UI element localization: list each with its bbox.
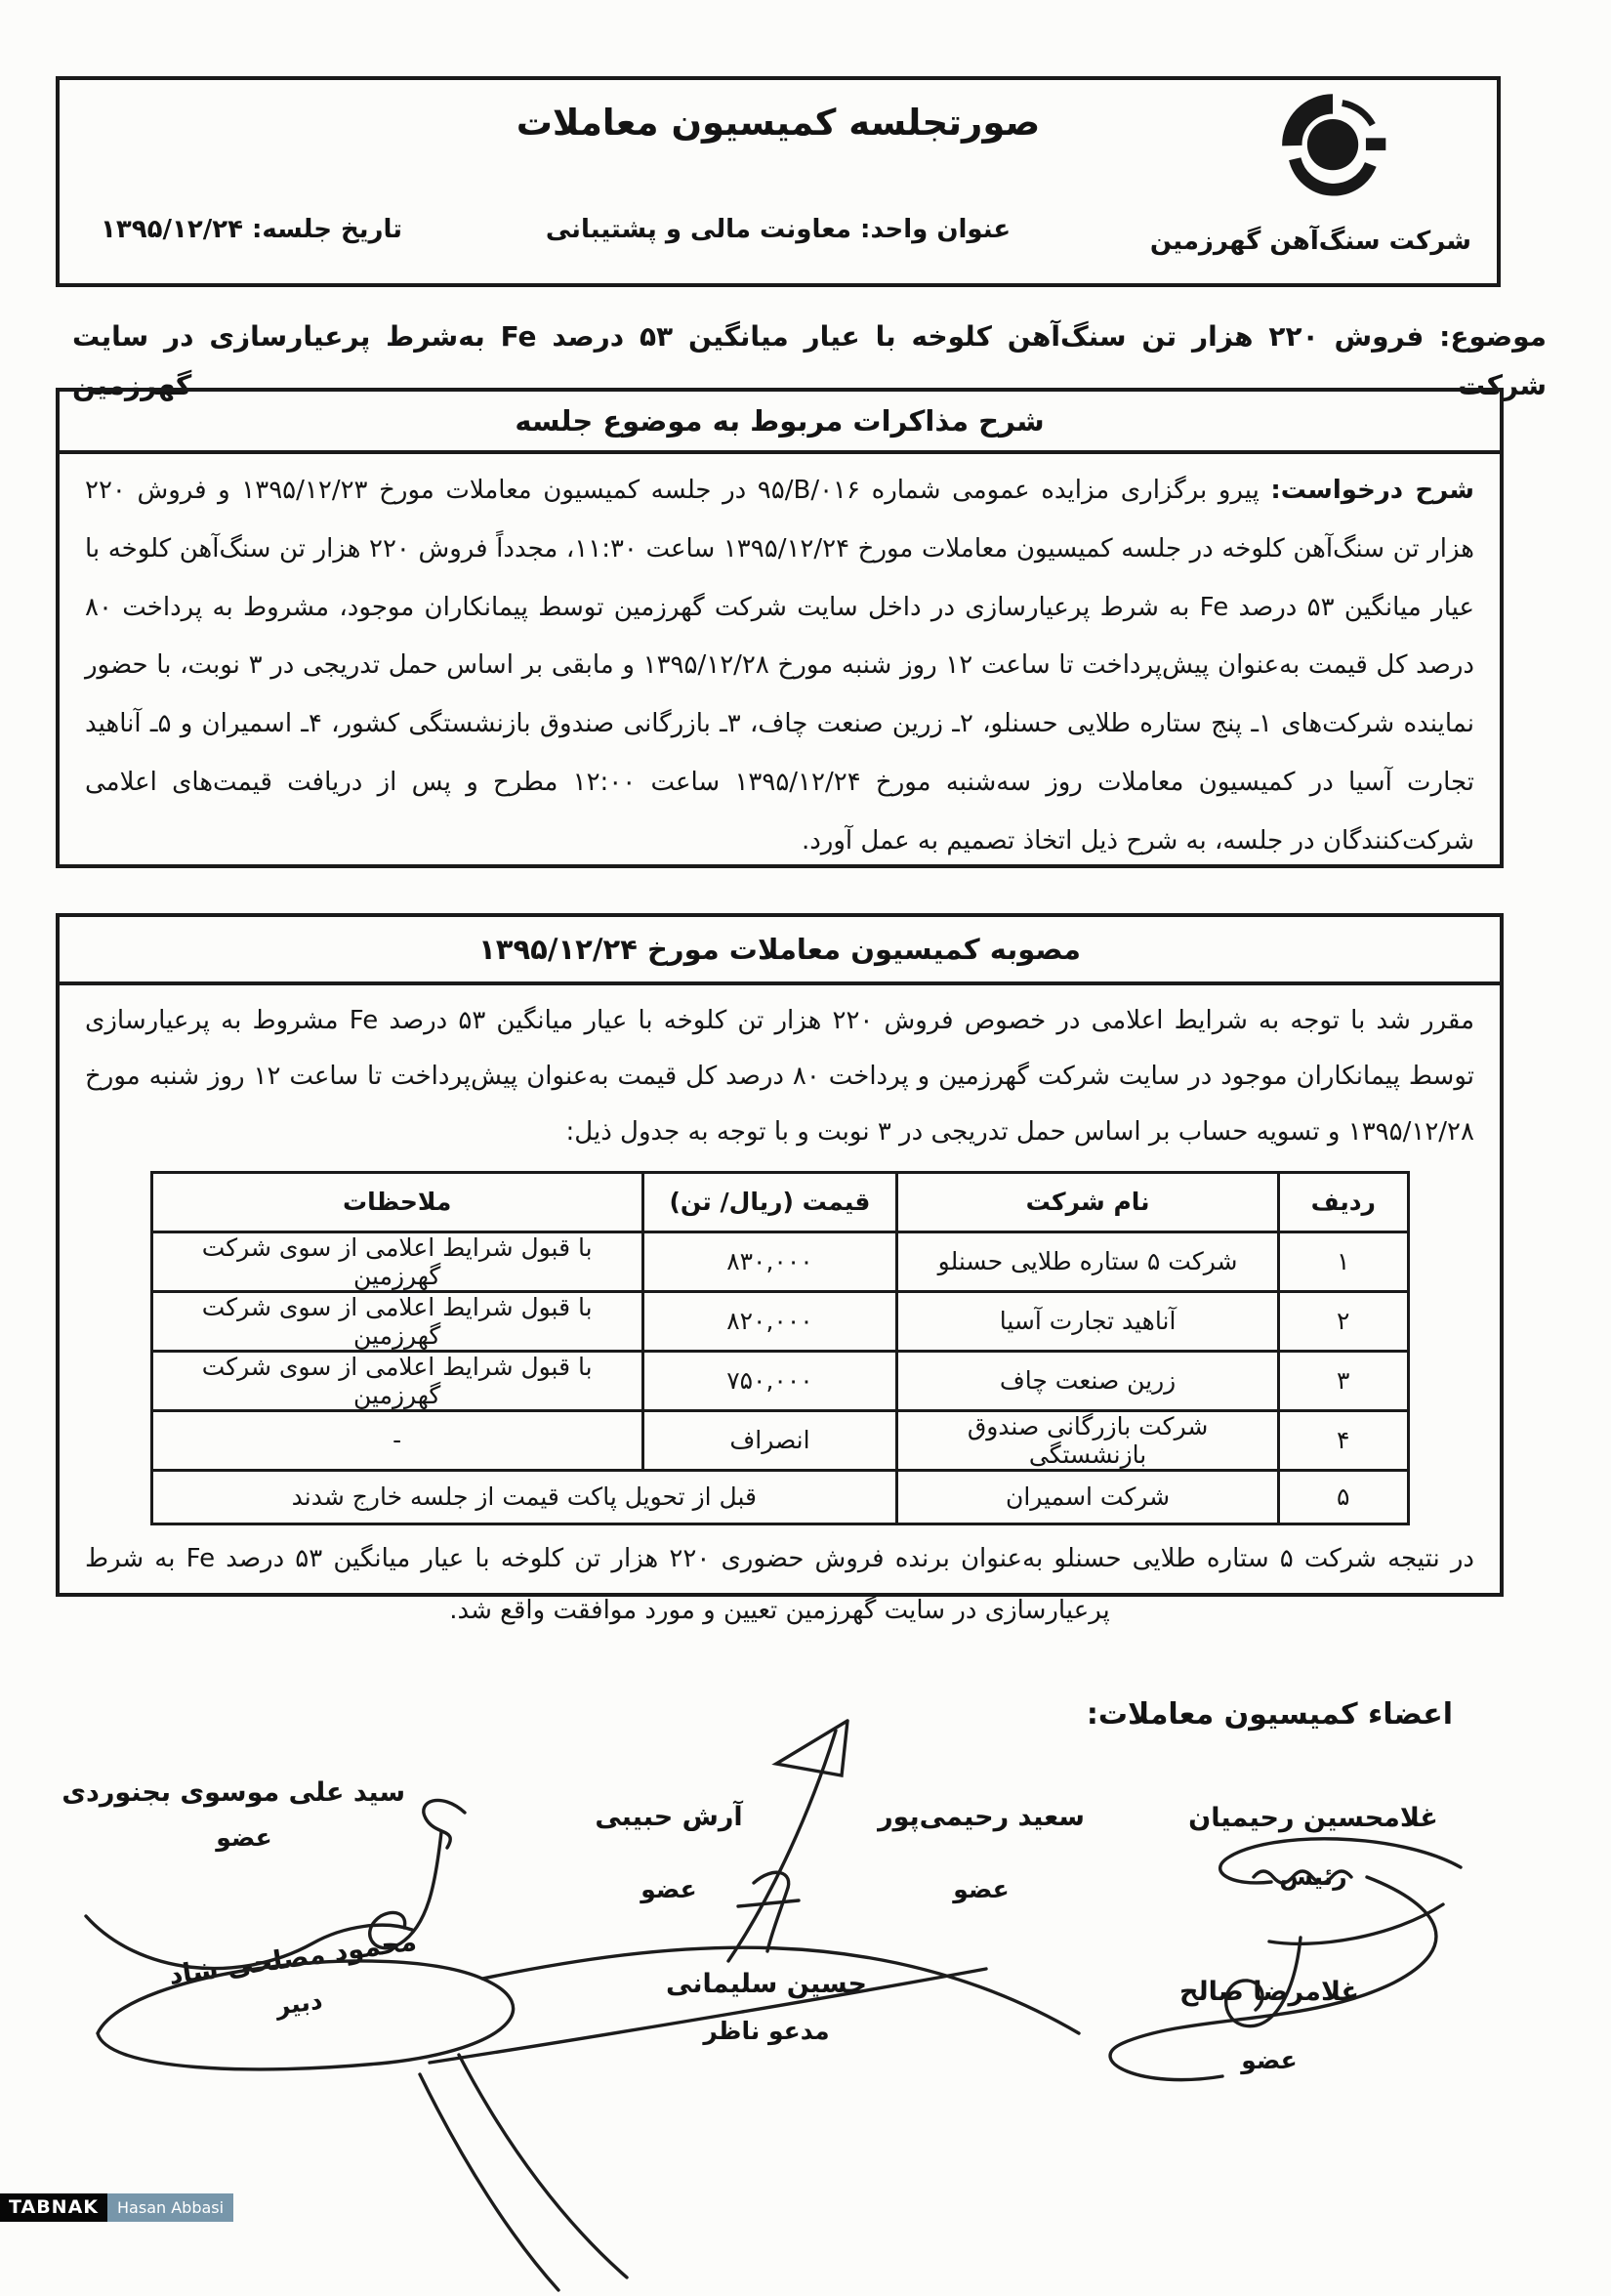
resolution-section: مصوبه کمیسیون معاملات مورخ ۱۳۹۵/۱۲/۲۴ مق… xyxy=(56,913,1504,1597)
signatory-role: عضو xyxy=(859,1875,1103,1903)
cell-company: شرکت بازرگانی صندوق بازنشستگی xyxy=(897,1410,1279,1470)
signatory-role: مدعو ناظر xyxy=(644,2017,888,2045)
resolution-intro: مقرر شد با توجه به شرایط اعلامی در خصوص … xyxy=(60,985,1500,1161)
cell-row-no: ۳ xyxy=(1279,1351,1408,1410)
signatory-role: عضو xyxy=(561,1875,776,1903)
table-row: ۱ شرکت ۵ ستاره طلایی حسنلو ۸۳۰,۰۰۰ با قب… xyxy=(151,1231,1408,1291)
cell-company: شرکت اسمیران xyxy=(897,1470,1279,1524)
signatory-rahimian: غلامحسین رحیمیان رئیس xyxy=(1157,1803,1469,1891)
request-label: شرح درخواست: xyxy=(1270,476,1474,505)
signatory-role: رئیس xyxy=(1157,1862,1469,1891)
cell-row-no: ۱ xyxy=(1279,1231,1408,1291)
table-row: ۵ شرکت اسمیران قبل از تحویل پاکت قیمت از… xyxy=(151,1470,1408,1524)
watermark-brand: TABNAK xyxy=(0,2193,107,2222)
watermark-credit: Hasan Abbasi xyxy=(107,2193,233,2222)
column-price: قیمت (ریال/ تن) xyxy=(642,1172,896,1231)
signatory-name: غلامحسین رحیمیان xyxy=(1157,1803,1469,1833)
cell-price: انصراف xyxy=(642,1410,896,1470)
cell-remarks: با قبول شرایط اعلامی از سوی شرکت گهرزمین xyxy=(151,1231,642,1291)
discussion-section: شرح مذاکرات مربوط به موضوع جلسه شرح درخو… xyxy=(56,388,1504,868)
resolution-conclusion: در نتیجه شرکت ۵ ستاره طلایی حسنلو به‌عنو… xyxy=(60,1525,1500,1638)
cell-row-no: ۲ xyxy=(1279,1291,1408,1351)
cell-company: زرین صنعت چاف xyxy=(897,1351,1279,1410)
cell-merged-note: قبل از تحویل پاکت قیمت از جلسه خارج شدند xyxy=(151,1470,897,1524)
meeting-date: تاریخ جلسه: ۱۳۹۵/۱۲/۲۴ xyxy=(101,215,402,244)
table-row: ۳ زرین صنعت چاف ۷۵۰,۰۰۰ با قبول شرایط اع… xyxy=(151,1351,1408,1410)
header-box: صورتجلسه کمیسیون معاملات عنوان واحد: معا… xyxy=(56,76,1501,287)
discussion-text: پیرو برگزاری مزایده عمومی شماره ‎۹۵/B/۰۱… xyxy=(85,476,1474,856)
signatory-soleimani: حسین سلیمانی مدعو ناظر xyxy=(644,1969,888,2045)
scanned-meeting-minutes: صورتجلسه کمیسیون معاملات عنوان واحد: معا… xyxy=(0,0,1611,2296)
cell-price: ۸۳۰,۰۰۰ xyxy=(642,1231,896,1291)
cell-row-no: ۴ xyxy=(1279,1410,1408,1470)
signatory-role: عضو xyxy=(83,1823,405,1852)
cell-company: شرکت ۵ ستاره طلایی حسنلو xyxy=(897,1231,1279,1291)
signatory-role: عضو xyxy=(1142,2046,1396,2074)
table-header-row: ردیف نام شرکت قیمت (ریال/ تن) ملاحظات xyxy=(151,1172,1408,1231)
signatory-habibi: آرش حبیبی عضو xyxy=(561,1802,776,1903)
column-remarks: ملاحظات xyxy=(151,1172,642,1231)
signatures-heading: اعضاء کمیسیون معاملات: xyxy=(1087,1697,1453,1732)
cell-company: آناهید تجارت آسیا xyxy=(897,1291,1279,1351)
column-row-no: ردیف xyxy=(1279,1172,1408,1231)
signatory-name: حسین سلیمانی xyxy=(644,1969,888,1999)
signatory-rahimipour: سعید رحیمی‌پور عضو xyxy=(859,1802,1103,1903)
signatory-name: سعید رحیمی‌پور xyxy=(859,1802,1103,1832)
signatory-name: آرش حبیبی xyxy=(561,1802,776,1832)
signatory-name: غلامرضا صالح xyxy=(1142,1977,1396,2007)
cell-remarks: - xyxy=(151,1410,642,1470)
cell-row-no: ۵ xyxy=(1279,1470,1408,1524)
column-company: نام شرکت xyxy=(897,1172,1279,1231)
watermark: TABNAK Hasan Abbasi xyxy=(0,2193,233,2222)
discussion-body: شرح درخواست: پیرو برگزاری مزایده عمومی ش… xyxy=(60,454,1500,871)
discussion-heading: شرح مذاکرات مربوط به موضوع جلسه xyxy=(60,392,1500,454)
cell-remarks: با قبول شرایط اعلامی از سوی شرکت گهرزمین xyxy=(151,1291,642,1351)
table-row: ۲ آناهید تجارت آسیا ۸۲۰,۰۰۰ با قبول شرای… xyxy=(151,1291,1408,1351)
bids-table: ردیف نام شرکت قیمت (ریال/ تن) ملاحظات ۱ … xyxy=(150,1171,1410,1525)
cell-remarks: با قبول شرایط اعلامی از سوی شرکت گهرزمین xyxy=(151,1351,642,1410)
table-row: ۴ شرکت بازرگانی صندوق بازنشستگی انصراف - xyxy=(151,1410,1408,1470)
signatory-mousavi: سید علی موسوی بجنوردی عضو xyxy=(83,1777,405,1852)
resolution-heading: مصوبه کمیسیون معاملات مورخ ۱۳۹۵/۱۲/۲۴ xyxy=(60,917,1500,985)
signatory-saleh: غلامرضا صالح عضو xyxy=(1142,1977,1396,2074)
signatory-moslehi: محمود مصلحی شاد دبیر xyxy=(141,1923,451,2038)
company-name: شرکت سنگ‌آهن گهرزمین xyxy=(1150,227,1471,256)
company-logo-icon xyxy=(1272,86,1395,211)
cell-price: ۸۲۰,۰۰۰ xyxy=(642,1291,896,1351)
cell-price: ۷۵۰,۰۰۰ xyxy=(642,1351,896,1410)
signatory-name: سید علی موسوی بجنوردی xyxy=(83,1777,405,1808)
